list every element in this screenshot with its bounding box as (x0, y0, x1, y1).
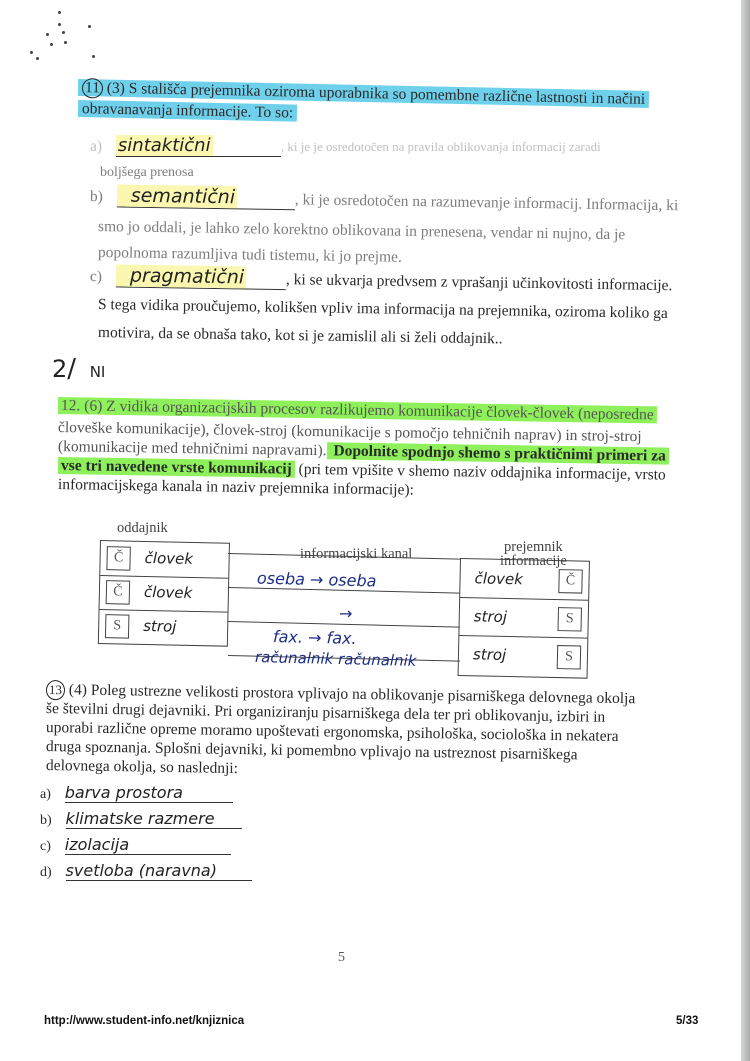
receiver-row: stroj S (459, 597, 588, 639)
footer-url[interactable]: http://www.student-info.net/knjiznica (44, 1015, 244, 1027)
q11-b-answer[interactable]: semantični (117, 184, 238, 208)
sender-box: Č človek Č človek S stroj (98, 540, 230, 647)
receiver-box: človek Č stroj S stroj S (458, 558, 590, 679)
sender-label: oddajnik (117, 520, 168, 537)
q13-answer-b: b) klimatske razmere (40, 810, 242, 830)
channel-row-3b[interactable]: računalnik računalnik (255, 648, 417, 670)
q11-number: 11 (82, 78, 103, 98)
q11-c-answer[interactable]: pragmatični (116, 264, 247, 288)
sender-row: Č človek (100, 541, 229, 579)
q11-a: a) sintaktični , ki je je osredotočen na… (90, 137, 601, 157)
q13-answer-d: d) svetloba (naravna) (40, 862, 252, 882)
q11-c: c) pragmatični , ki se ukvarja predvsem … (90, 266, 673, 296)
q11-b: b) semantični , ki je osredotočen na raz… (90, 186, 679, 216)
receiver-row: stroj S (459, 635, 588, 676)
q13-number: 13 (46, 680, 65, 700)
receiver-row: človek Č (460, 559, 589, 601)
scan-specks (10, 5, 100, 65)
q13-answer-a: a) barva prostora (40, 784, 233, 804)
scan-edge-strip (741, 0, 750, 1061)
q11-b-cont1: smo jo oddali, je lahko zelo korektno ob… (98, 218, 626, 244)
q11-c-cont2: motivira, da se obnaša tako, kot si je z… (98, 324, 503, 348)
grader-score-mark: 2/ NI (52, 360, 105, 381)
q11-a-answer[interactable]: sintaktični (116, 135, 213, 156)
channel-row-2[interactable]: → (339, 604, 352, 623)
q11-b-cont2: popolnoma razumljiva tudi tistemu, ki jo… (98, 244, 402, 267)
q13-answer-c: c) izolacija (40, 836, 231, 856)
sender-row: Č človek (100, 575, 229, 613)
q13-line5: delovnega okolja, so naslednji: (46, 757, 238, 778)
sender-row: S stroj (99, 609, 228, 646)
footer-page-count: 5/33 (676, 1015, 698, 1027)
channel-row-1[interactable]: oseba → oseba (257, 569, 377, 591)
q11-a-cont: boljšega prenosa (100, 164, 194, 182)
page-number: 5 (338, 950, 345, 966)
channel-row-3[interactable]: fax. → fax. (273, 627, 357, 648)
q11-c-cont1: S tega vidika proučujemo, kolikšen vpliv… (98, 296, 668, 323)
communication-diagram: oddajnik informacijski kanal prejemnik i… (95, 518, 605, 678)
q11-line2: obravanavanja informacije. To so: (78, 100, 298, 123)
